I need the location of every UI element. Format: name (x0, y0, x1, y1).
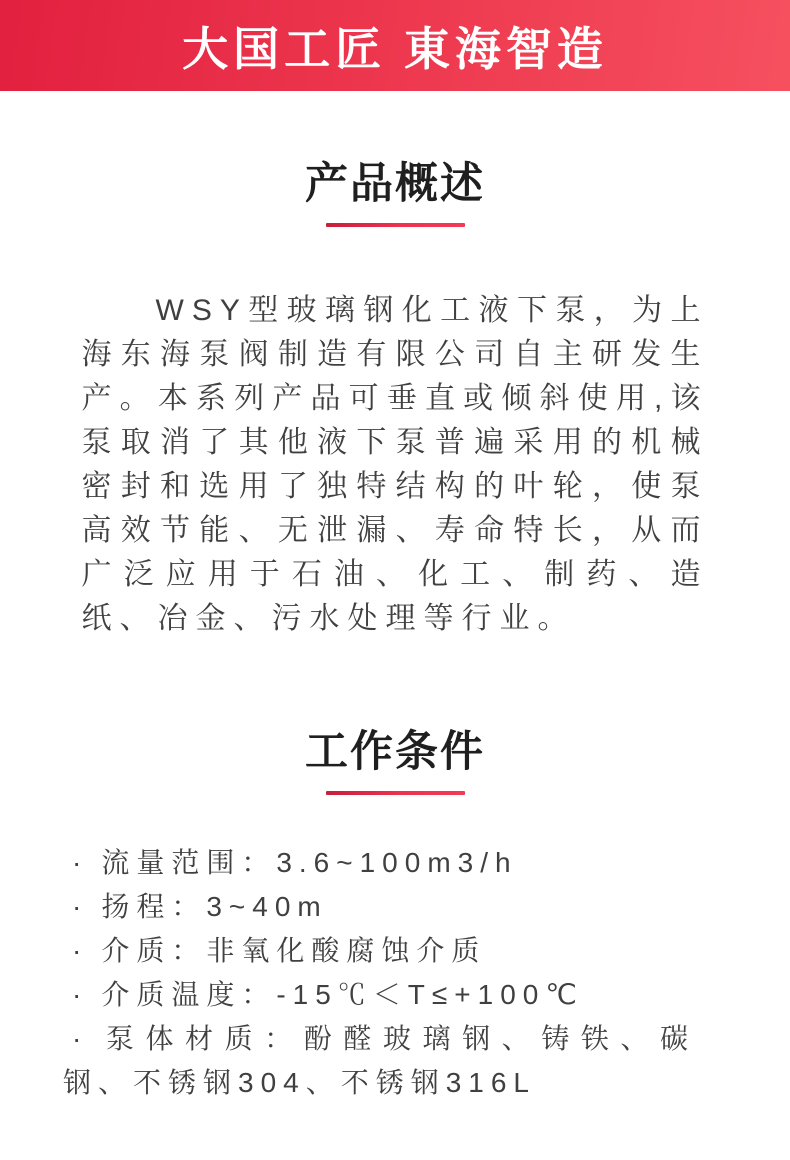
bullet-dot: · (63, 841, 101, 885)
list-item-text: 介质温度：-15℃＜T≤+100℃ (101, 979, 583, 1010)
list-item-flow-range: ·流量范围：3.6~100m3/h (63, 841, 695, 885)
overview-section-title: 产品概述 (0, 159, 790, 209)
list-item-text: 泵体材质：酚醛玻璃钢、铸铁、碳钢、不锈钢304、不锈钢316L (63, 1023, 695, 1098)
section-product-overview: 产品概述 WSY型玻璃钢化工液下泵，为上海东海泵阀制造有限公司自主研发生产。本系… (0, 159, 790, 641)
product-detail-page: 大国工匠 東海智造 产品概述 WSY型玻璃钢化工液下泵，为上海东海泵阀制造有限公… (0, 0, 790, 1160)
list-item-medium-temperature: ·介质温度：-15℃＜T≤+100℃ (63, 973, 695, 1017)
overview-title-underline (326, 223, 465, 227)
bullet-dot: · (63, 885, 101, 929)
bullet-dot: · (63, 1017, 101, 1061)
list-item-text: 介质：非氧化酸腐蚀介质 (101, 935, 486, 966)
section-working-conditions: 工作条件 ·流量范围：3.6~100m3/h ·扬程：3~40m ·介质：非氧化… (0, 727, 790, 1105)
top-banner: 大国工匠 東海智造 (0, 0, 790, 91)
conditions-title-underline (326, 791, 465, 795)
conditions-section-title: 工作条件 (0, 727, 790, 777)
bullet-dot: · (63, 929, 101, 973)
list-item-text: 扬程：3~40m (101, 891, 327, 922)
list-item-head: ·扬程：3~40m (63, 885, 695, 929)
overview-paragraph: WSY型玻璃钢化工液下泵，为上海东海泵阀制造有限公司自主研发生产。本系列产品可垂… (82, 289, 709, 641)
list-item-text: 流量范围：3.6~100m3/h (101, 847, 517, 878)
bullet-dot: · (63, 973, 101, 1017)
list-item-medium: ·介质：非氧化酸腐蚀介质 (63, 929, 695, 973)
list-item-pump-body-material: ·泵体材质：酚醛玻璃钢、铸铁、碳钢、不锈钢304、不锈钢316L (63, 1017, 695, 1105)
banner-title: 大国工匠 東海智造 (182, 13, 608, 79)
working-conditions-list: ·流量范围：3.6~100m3/h ·扬程：3~40m ·介质：非氧化酸腐蚀介质… (63, 841, 695, 1105)
